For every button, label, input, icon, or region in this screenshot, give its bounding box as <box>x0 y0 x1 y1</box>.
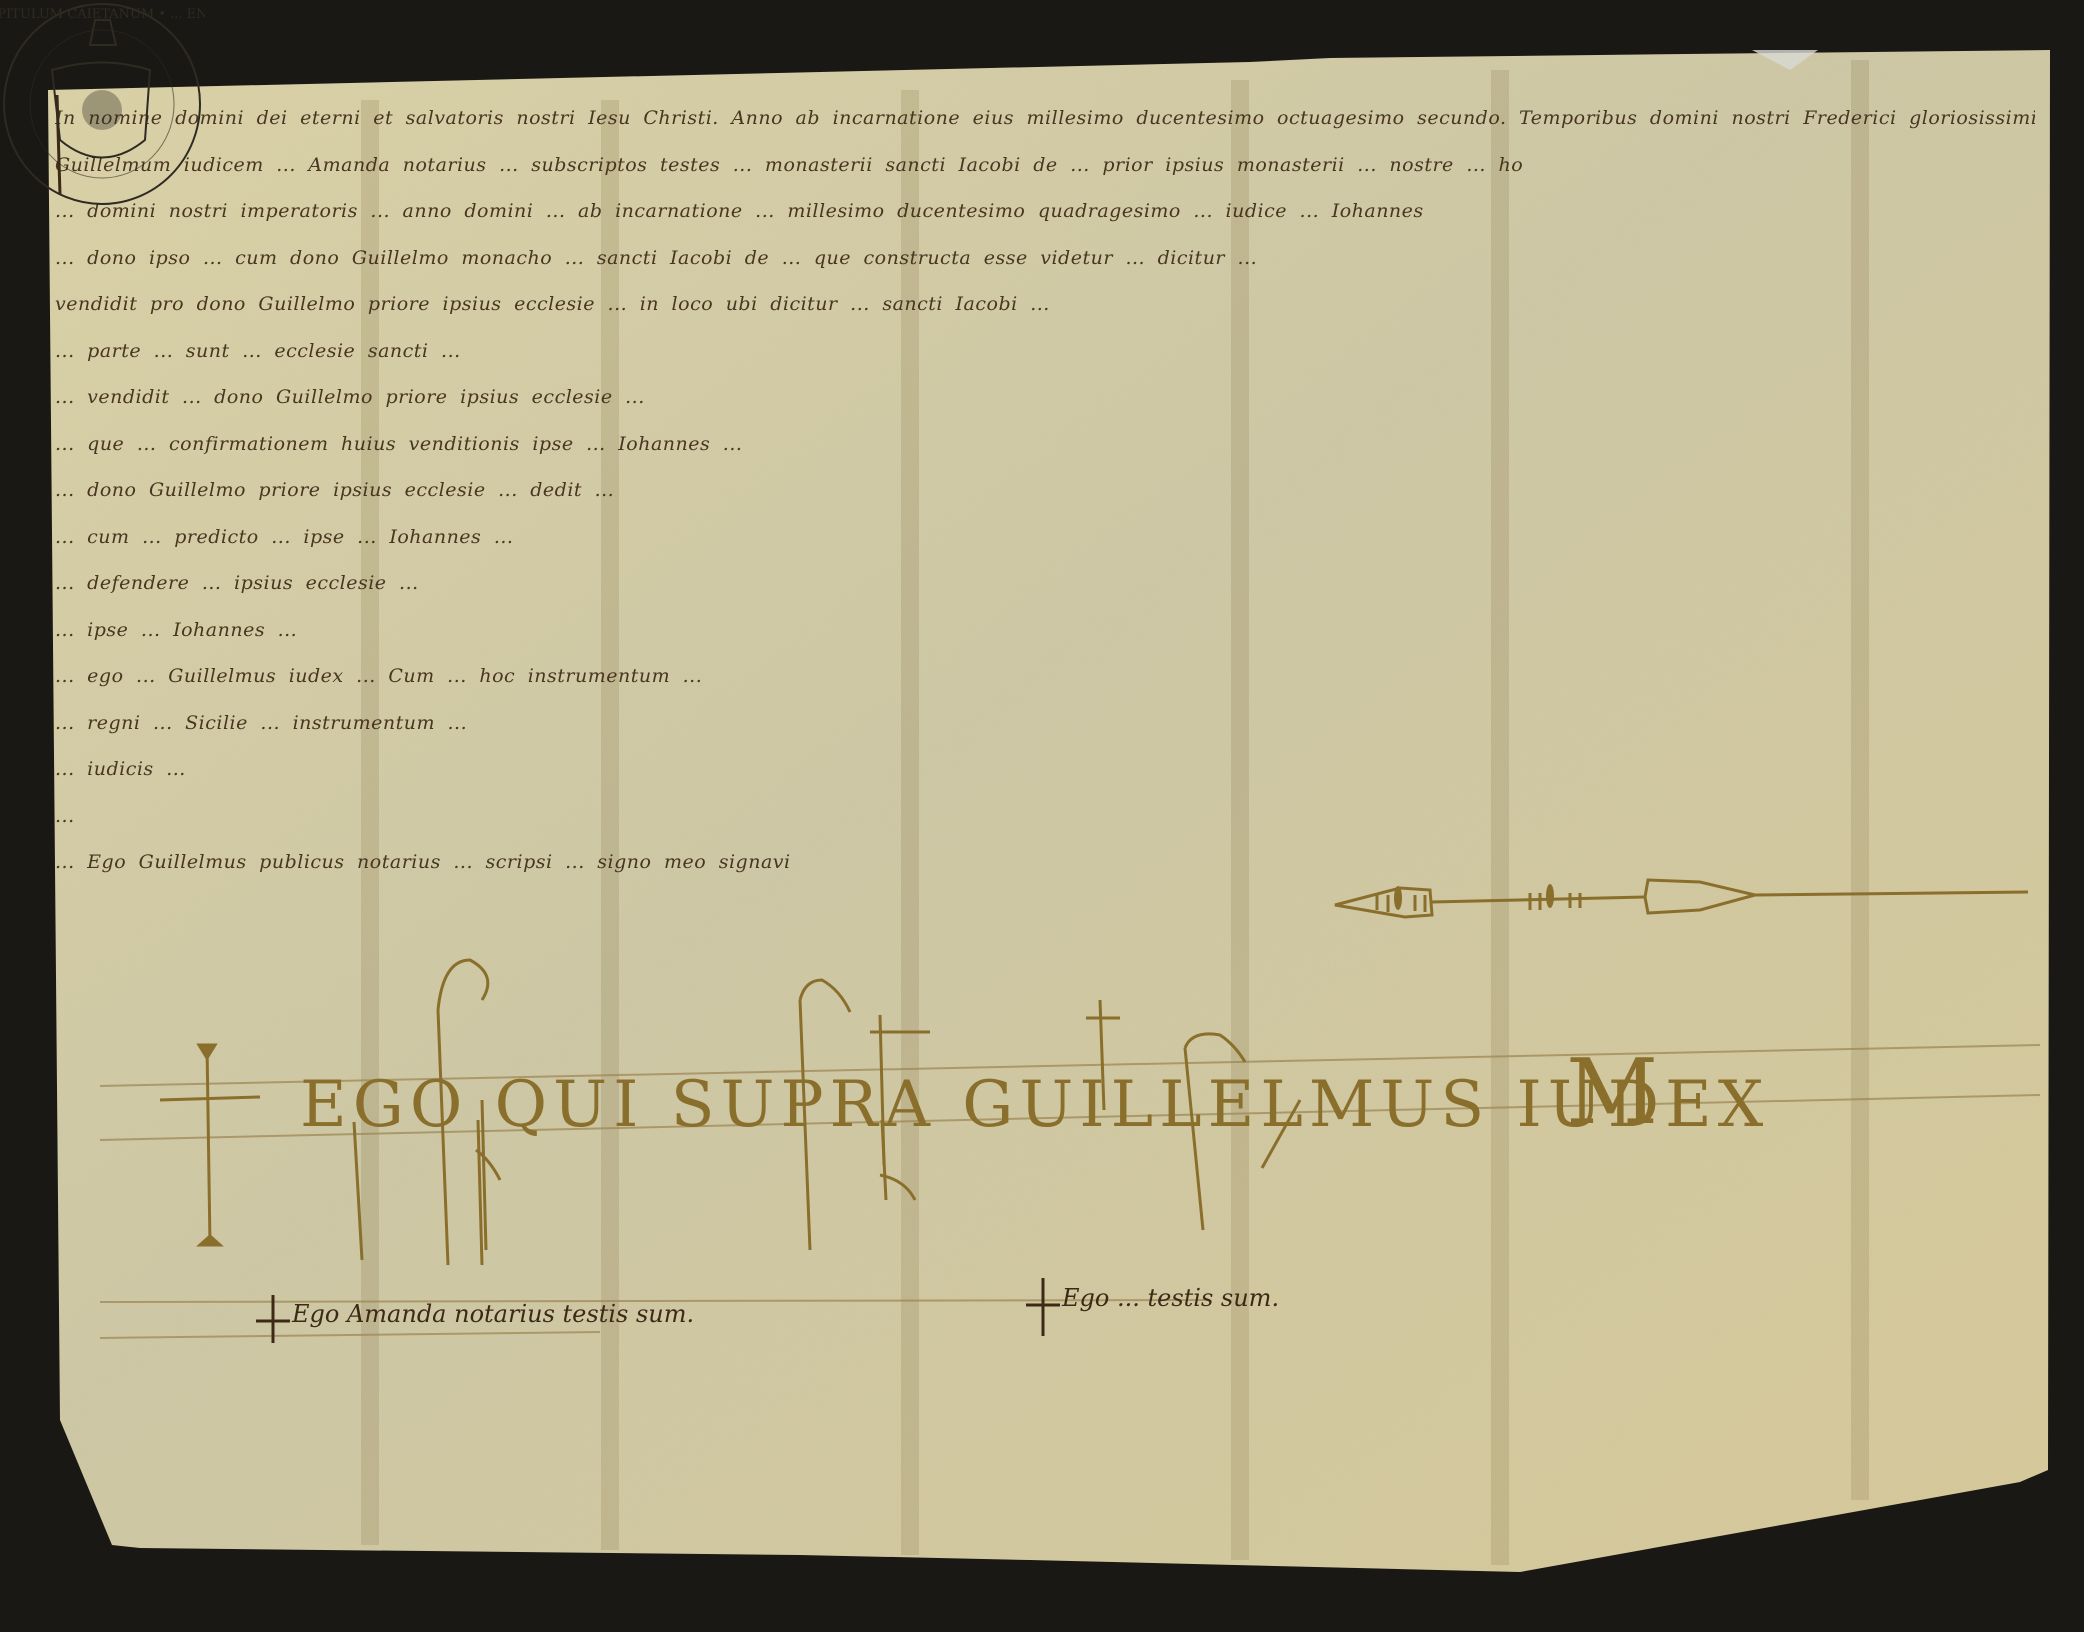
text-line: ... vendidit ... dono Guillelmo priore i… <box>55 374 2035 421</box>
text-line: ... <box>55 793 2035 840</box>
text-line: ... ipse ... Iohannes ... <box>55 607 2035 654</box>
text-line: ... que ... confirmationem huius venditi… <box>55 421 2035 468</box>
signature-subscription: EGO QUI SUPRA GUILLELMUS IUDEX <box>300 1068 1769 1142</box>
text-line: ... cum ... predicto ... ipse ... Iohann… <box>55 514 2035 561</box>
archive-stamp-icon: CAPITULUM CAIETANUM • ... ENSE <box>0 0 205 208</box>
text-line: Guillelmum iudicem ... Amanda notarius .… <box>55 142 2035 189</box>
text-line: ... defendere ... ipsius ecclesie ... <box>55 560 2035 607</box>
witness-subscription-1: Ego Amanda notarius testis sum. <box>292 1300 694 1328</box>
text-line: ... parte ... sunt ... ecclesie sancti .… <box>55 328 2035 375</box>
text-line: ... dono Guillelmo priore ipsius ecclesi… <box>55 467 2035 514</box>
text-line: ... ego ... Guillelmus iudex ... Cum ...… <box>55 653 2035 700</box>
witness-subscription-2: Ego ... testis sum. <box>1062 1284 1279 1312</box>
text-line: In nomine domini dei eterni et salvatori… <box>55 95 2035 142</box>
charter-body-text: In nomine domini dei eterni et salvatori… <box>55 95 2035 886</box>
text-line: ... dono ipso ... cum dono Guillelmo mon… <box>55 235 2035 282</box>
text-line: ... Ego Guillelmus publicus notarius ...… <box>55 839 1295 886</box>
signature-monogram: M <box>1566 1040 1664 1145</box>
text-line: ... regni ... Sicilie ... instrumentum .… <box>55 700 2035 747</box>
text-line: vendidit pro dono Guillelmo priore ipsiu… <box>55 281 2035 328</box>
parchment-sheet: In nomine domini dei eterni et salvatori… <box>0 0 2084 1632</box>
text-line: ... iudicis ... <box>55 746 2035 793</box>
stamp-legend: CAPITULUM CAIETANUM • ... ENSE <box>0 7 205 22</box>
text-line: ... domini nostri imperatoris ... anno d… <box>55 188 2035 235</box>
